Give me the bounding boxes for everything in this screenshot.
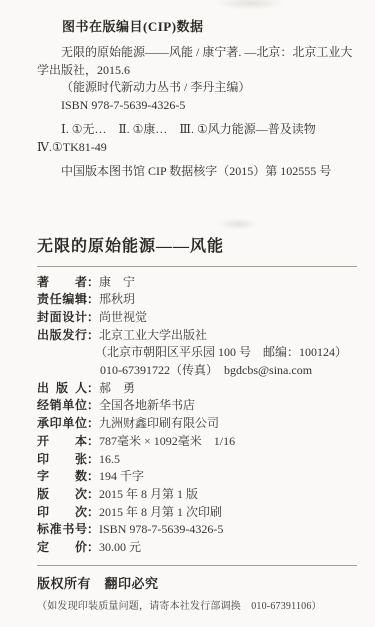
colophon-row-printer: 承印单位：九洲财鑫印刷有限公司 bbox=[37, 415, 357, 433]
row-value: 康 宁 bbox=[99, 275, 135, 289]
colophon-row-price: 定价：30.00 元 bbox=[37, 539, 357, 557]
row-colon: ： bbox=[87, 292, 99, 306]
colophon-row-isbn: 标准书号：ISBN 978-7-5639-4326-5 bbox=[37, 521, 357, 539]
colophon-row-author: 著者：康 宁 bbox=[37, 274, 357, 292]
row-label: 印次 bbox=[37, 504, 87, 522]
colophon-row-sheets: 印张：16.5 bbox=[37, 451, 357, 469]
colophon-row-issuer: 出版人：郝 勇 bbox=[37, 380, 357, 398]
cip-isbn-line: ISBN 978-7-5639-4326-5 bbox=[37, 97, 357, 115]
row-label: 出版发行 bbox=[37, 327, 87, 345]
row-colon: ： bbox=[87, 540, 99, 554]
colophon-row-publisher: 出版发行：北京工业大学出版社 bbox=[37, 327, 357, 345]
row-value: 北京工业大学出版社 bbox=[99, 328, 207, 342]
row-colon: ： bbox=[87, 416, 99, 430]
row-label: 经销单位 bbox=[37, 397, 87, 415]
row-value: 九洲财鑫印刷有限公司 bbox=[99, 416, 219, 430]
row-value: 787毫米 × 1092毫米 1/16 bbox=[99, 434, 235, 448]
scan-artifact bbox=[218, 218, 258, 230]
row-value: 郝 勇 bbox=[99, 381, 135, 395]
footer-divider bbox=[37, 565, 357, 566]
row-label: 出版人 bbox=[37, 380, 87, 398]
row-value: 全国各地新华书店 bbox=[99, 398, 195, 412]
publisher-contact: 010-67391722（传真） bgdcbs@sina.com bbox=[37, 362, 357, 380]
row-label: 标准书号 bbox=[37, 521, 87, 539]
row-colon: ： bbox=[87, 398, 99, 412]
row-colon: ： bbox=[87, 505, 99, 519]
copyright-page: 图书在版编目(CIP)数据 无限的原始能源——风能 / 康宁著. —北京：北京工… bbox=[0, 0, 375, 627]
book-title: 无限的原始能源——风能 bbox=[37, 233, 357, 256]
row-label: 定价 bbox=[37, 539, 87, 557]
cip-block: 无限的原始能源——风能 / 康宁著. —北京：北京工业大学出版社，2015.6 … bbox=[37, 44, 357, 181]
colophon-row-edition: 版次：2015 年 8 月第 1 版 bbox=[37, 486, 357, 504]
cip-header: 图书在版编目(CIP)数据 bbox=[62, 16, 357, 35]
row-colon: ： bbox=[87, 452, 99, 466]
row-label: 封面设计 bbox=[37, 309, 87, 327]
colophon-row-format: 开本：787毫米 × 1092毫米 1/16 bbox=[37, 433, 357, 451]
row-value: 邢秋玥 bbox=[99, 292, 135, 306]
row-colon: ： bbox=[87, 487, 99, 501]
row-value: 194 千字 bbox=[99, 469, 144, 483]
cip-series-line: （能源时代新动力丛书 / 李丹主编） bbox=[37, 79, 357, 97]
quality-note: （如发现印装质量问题，请寄本社发行部调换 010-67391106） bbox=[37, 597, 357, 612]
row-colon: ： bbox=[87, 434, 99, 448]
row-colon: ： bbox=[87, 310, 99, 324]
row-colon: ： bbox=[87, 469, 99, 483]
colophon-row-cover-design: 封面设计：尚世视觉 bbox=[37, 309, 357, 327]
row-colon: ： bbox=[87, 381, 99, 395]
colophon-row-wordcount: 字数：194 千字 bbox=[37, 468, 357, 486]
row-colon: ： bbox=[87, 328, 99, 342]
copyright-notice: 版权所有 翻印必究 bbox=[37, 573, 357, 592]
row-label: 开本 bbox=[37, 433, 87, 451]
spacer bbox=[37, 114, 357, 121]
row-value: 16.5 bbox=[99, 452, 120, 466]
row-label: 版次 bbox=[37, 486, 87, 504]
row-value: 2015 年 8 月第 1 次印刷 bbox=[99, 505, 222, 519]
row-label: 承印单位 bbox=[37, 415, 87, 433]
row-value: 尚世视觉 bbox=[99, 310, 147, 324]
row-label: 著者 bbox=[37, 274, 87, 292]
publisher-address: （北京市朝阳区平乐园 100 号 邮编：100124） bbox=[37, 344, 357, 362]
colophon-row-editor: 责任编辑：邢秋玥 bbox=[37, 291, 357, 309]
row-label: 印张 bbox=[37, 451, 87, 469]
cip-class-line-1: Ⅰ. ①无… Ⅱ. ①康… Ⅲ. ①风力能源—普及读物 bbox=[37, 121, 357, 139]
spacer bbox=[37, 156, 357, 163]
colophon-row-impression: 印次：2015 年 8 月第 1 次印刷 bbox=[37, 504, 357, 522]
cip-entry-line: 无限的原始能源——风能 / 康宁著. —北京：北京工业大学出版社，2015.6 bbox=[37, 44, 357, 79]
row-label: 字数 bbox=[37, 468, 87, 486]
row-value: 2015 年 8 月第 1 版 bbox=[99, 487, 198, 501]
row-value: ISBN 978-7-5639-4326-5 bbox=[99, 522, 223, 536]
colophon-row-distributor: 经销单位：全国各地新华书店 bbox=[37, 397, 357, 415]
cip-record-line: 中国版本图书馆 CIP 数据核字（2015）第 102555 号 bbox=[37, 163, 357, 181]
colophon-block: 著者：康 宁 责任编辑：邢秋玥 封面设计：尚世视觉 出版发行：北京工业大学出版社… bbox=[37, 274, 357, 557]
cip-class-line-2: Ⅳ.①TK81-49 bbox=[37, 139, 357, 157]
title-divider bbox=[37, 266, 357, 267]
row-colon: ： bbox=[87, 522, 99, 536]
row-colon: ： bbox=[87, 275, 99, 289]
row-label: 责任编辑 bbox=[37, 291, 87, 309]
scan-artifact bbox=[215, 0, 285, 10]
row-value: 30.00 元 bbox=[99, 540, 141, 554]
